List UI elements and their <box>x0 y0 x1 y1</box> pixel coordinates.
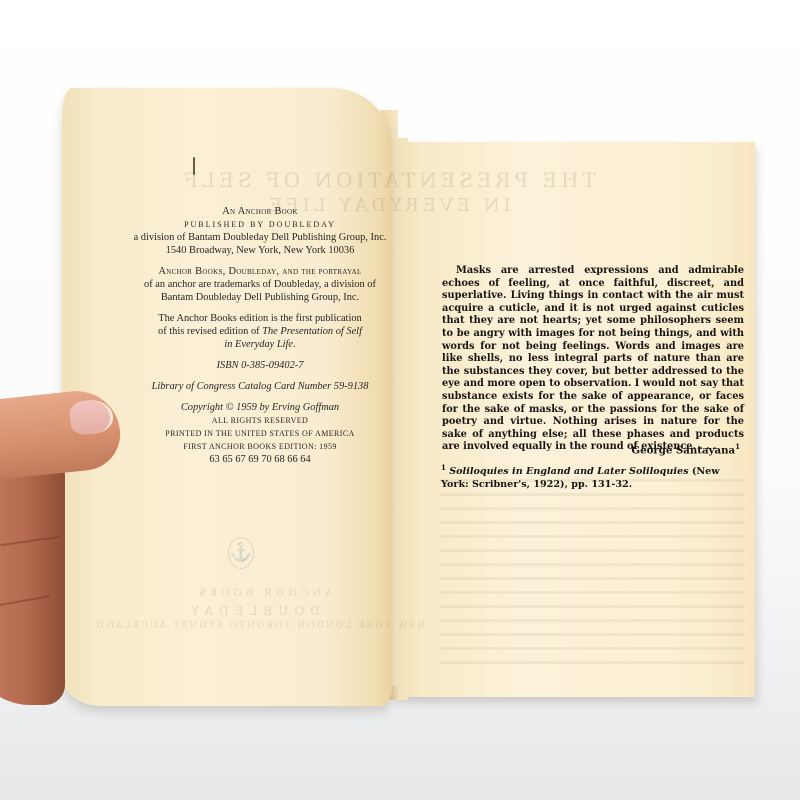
anchor-icon: ⚓ <box>228 537 254 569</box>
footnote-number: 1 <box>441 463 446 472</box>
ghost-publisher-name: DOUBLEDAY <box>185 604 320 618</box>
copyright-line: Copyright © 1959 by Erving Goffman <box>120 401 400 414</box>
trademark-line-2: of an anchor are trademarks of Doubleday… <box>120 278 400 291</box>
footnote-title: Soliloquies in England and Later Soliloq… <box>449 466 688 477</box>
edition-text: of this revised edition of <box>158 326 262 337</box>
author-name: George Santayana <box>631 444 735 456</box>
trademark-line-1: Anchor Books, Doubleday, and the portray… <box>120 265 400 278</box>
footnote-ref: 1 <box>735 442 740 451</box>
book-title: The Presentation of Self <box>262 326 362 337</box>
copyright-block: An Anchor Book PUBLISHED BY DOUBLEDAY a … <box>120 205 400 466</box>
address-line: 1540 Broadway, New York, New York 10036 <box>120 244 400 257</box>
period: . <box>293 339 296 350</box>
book-title-cont: in Everyday Life <box>224 339 293 350</box>
first-edition-line: FIRST ANCHOR BOOKS EDITION: 1959 <box>120 440 400 453</box>
loc-number: Library of Congress Catalog Card Number … <box>120 380 400 393</box>
trademark-line-3: Bantam Doubleday Dell Publishing Group, … <box>120 291 400 304</box>
ghost-title-text: THE PRESENTATION OF SELF <box>180 168 596 192</box>
epigraph-text: Masks are arrested expressions and admir… <box>442 265 744 454</box>
isbn-text: ISBN 0-385-09402-7 <box>217 360 304 371</box>
edition-line-2: of this revised edition of The Presentat… <box>120 325 400 338</box>
division-line: a division of Bantam Doubleday Dell Publ… <box>120 231 400 244</box>
printed-line: PRINTED IN THE UNITED STATES OF AMERICA <box>120 427 400 440</box>
show-through-text-lines <box>440 470 745 670</box>
photo-scene: THE PRESENTATION OF SELF IN EVERYDAY LIF… <box>0 0 800 800</box>
epigraph-attribution: George Santayana1 <box>560 442 740 456</box>
ghost-publisher-line: ANCHOR BOOKS <box>195 588 333 599</box>
footnote: 1 Soliloquies in England and Later Solil… <box>441 462 746 491</box>
copyright-text: Copyright © 1959 by Erving Goffman <box>181 402 339 413</box>
epigraph: Masks are arrested expressions and admir… <box>442 265 744 454</box>
publisher-line: PUBLISHED BY DOUBLEDAY <box>120 218 400 231</box>
rights-line: ALL RIGHTS RESERVED <box>120 414 400 427</box>
edition-line-1: The Anchor Books edition is the first pu… <box>120 312 400 325</box>
hand-palm <box>0 455 65 705</box>
ghost-publisher-cities: NEW YORK LONDON TORONTO SYDNEY AUCKLAND <box>95 621 425 631</box>
printing-numbers: 63 65 67 69 70 68 66 64 <box>120 453 400 466</box>
loc-text: Library of Congress Catalog Card Number … <box>152 381 369 392</box>
imprint-line: An Anchor Book <box>120 205 400 218</box>
edition-line-3: in Everyday Life. <box>120 338 400 351</box>
page-mark <box>193 157 195 175</box>
isbn: ISBN 0-385-09402-7 <box>120 359 400 372</box>
